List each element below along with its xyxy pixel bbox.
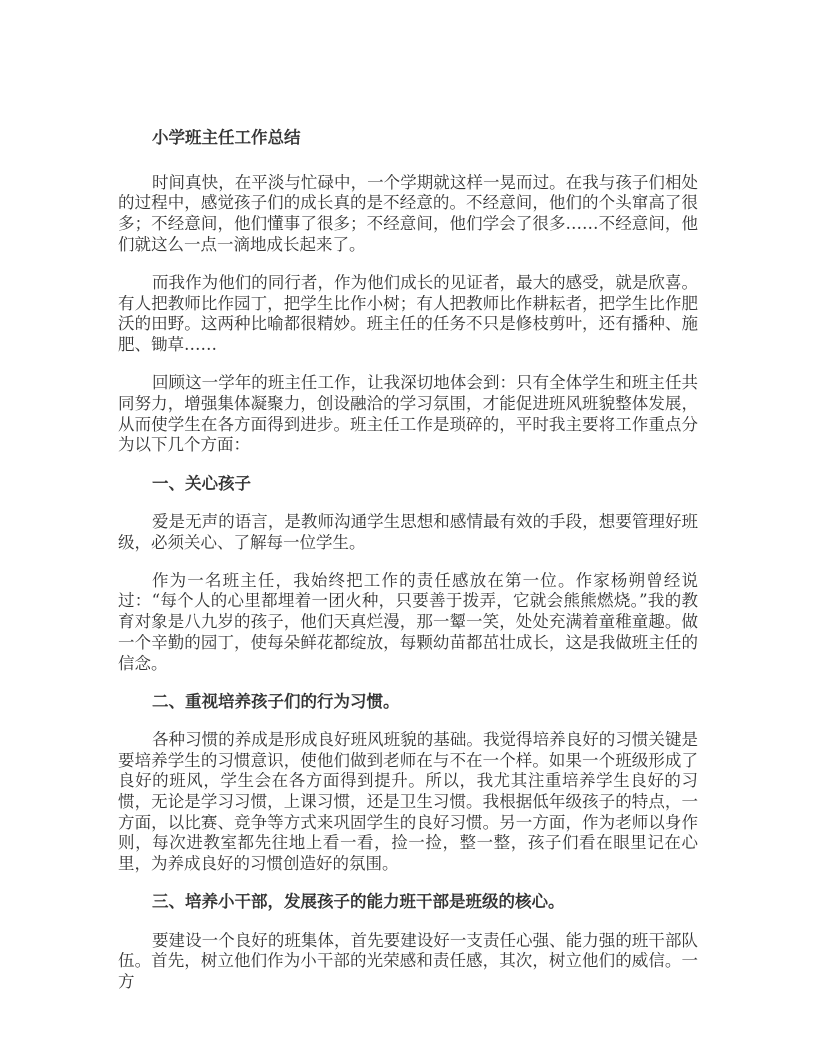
document-page: 小学班主任工作总结 时间真快，在平淡与忙碌中，一个学期就这样一晃而过。在我与孩子…	[0, 0, 816, 1056]
document-body: 时间真快，在平淡与忙碌中，一个学期就这样一晃而过。在我与孩子们相处的过程中，感觉…	[118, 173, 698, 993]
paragraph: 时间真快，在平淡与忙碌中，一个学期就这样一晃而过。在我与孩子们相处的过程中，感觉…	[118, 173, 698, 256]
document-title: 小学班主任工作总结	[118, 128, 698, 149]
section-heading: 三、培养小干部，发展孩子的能力班干部是班级的核心。	[118, 892, 698, 913]
paragraph: 而我作为他们的同行者，作为他们成长的见证者，最大的感受，就是欣喜。有人把教师比作…	[118, 273, 698, 356]
section-heading: 二、重视培养孩子们的行为习惯。	[118, 692, 698, 713]
section-heading: 一、关心孩子	[118, 474, 698, 495]
paragraph: 各种习惯的养成是形成良好班风班貌的基础。我觉得培养良好的习惯关键是要培养学生的习…	[118, 730, 698, 875]
paragraph: 回顾这一学年的班主任工作，让我深切地体会到：只有全体学生和班主任共同努力，增强集…	[118, 373, 698, 456]
paragraph: 爱是无声的语言，是教师沟通学生思想和感情最有效的手段，想要管理好班级，必须关心、…	[118, 512, 698, 553]
paragraph: 要建设一个良好的班集体，首先要建设好一支责任心强、能力强的班干部队伍。首先，树立…	[118, 931, 698, 993]
paragraph: 作为一名班主任，我始终把工作的责任感放在第一位。作家杨朔曾经说过：“每个人的心里…	[118, 571, 698, 675]
